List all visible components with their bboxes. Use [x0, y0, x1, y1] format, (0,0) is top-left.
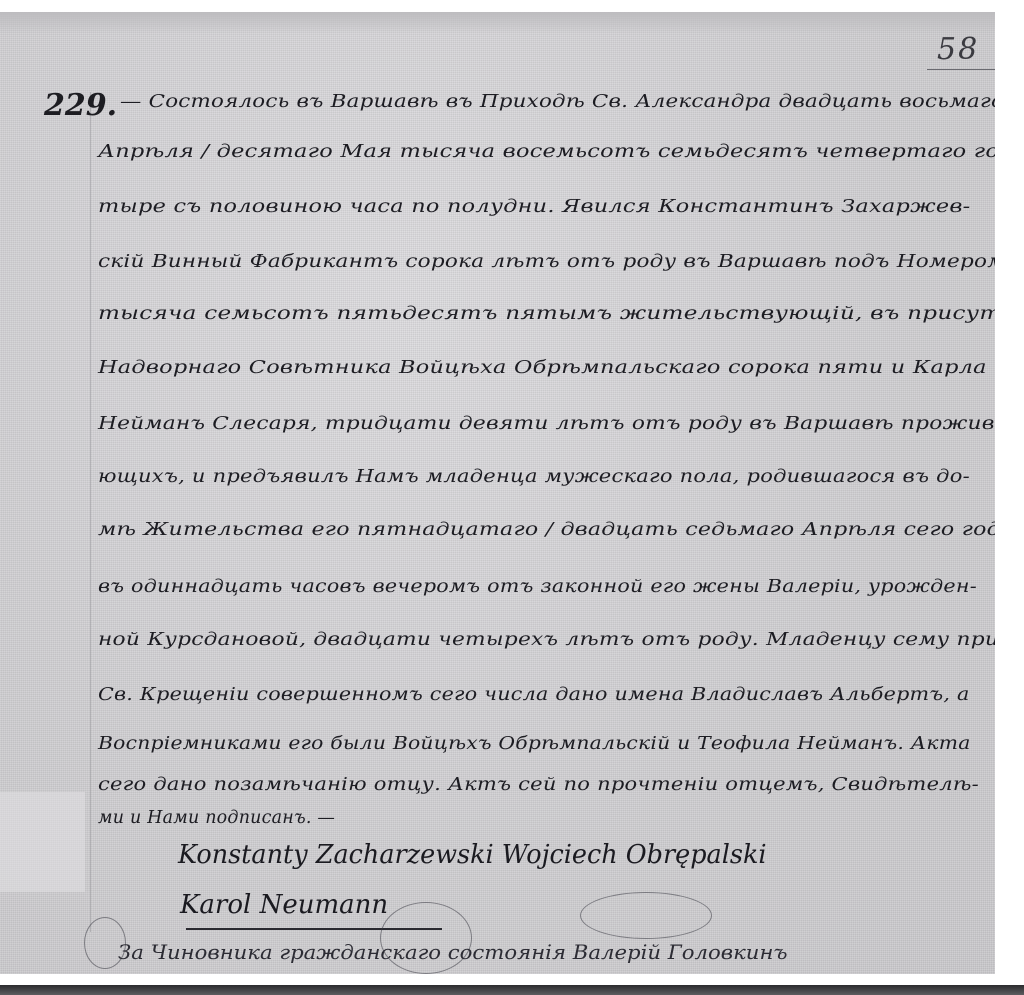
record-line-15: ми и Нами подписанъ. —: [98, 808, 335, 828]
signature-karol-neumann: Karol Neumann: [180, 890, 388, 920]
record-line-5: тысяча семьсотъ пятьдесятъ пятымъ житель…: [98, 304, 995, 324]
record-line-7: Нейманъ Слесаря, тридцати девяти лѣтъ от…: [98, 414, 995, 434]
signature-official: За Чиновника гражданскаго состоянія Вале…: [118, 940, 788, 964]
scan-bottom-edge: [0, 985, 1024, 995]
record-line-9: мѣ Жительства его пятнадцатаго / двадцат…: [98, 520, 995, 540]
record-line-1: — Состоялось въ Варшавѣ въ Приходѣ Св. А…: [120, 92, 995, 112]
record-line-8: ющихъ, и предъявилъ Намъ младенца мужеск…: [98, 467, 970, 487]
record-line-10: въ одиннадцать часовъ вечеромъ отъ закон…: [98, 577, 977, 597]
record-line-14: сего дано позамѣчанію отцу. Актъ сей по …: [98, 775, 979, 795]
signature-flourish: [580, 892, 712, 939]
page-number-underline: [927, 69, 995, 70]
record-line-11: ной Курсдановой, двадцати четырехъ лѣтъ …: [98, 630, 995, 650]
record-line-2: Апрѣля / десятаго Мая тысяча восемьсотъ …: [98, 142, 995, 162]
signature-witnesses: Konstanty Zacharzewski Wojciech Obrępals…: [178, 840, 767, 870]
record-line-12: Св. Крещеніи совершенномъ сего числа дан…: [98, 685, 970, 705]
entry-number: 229.: [44, 88, 117, 123]
scanned-document-page: 58 229. — Состоялось въ Варшавѣ въ Прихо…: [0, 12, 995, 974]
record-line-6: Надворнаго Совѣтника Войцѣха Обрѣмпальск…: [98, 358, 987, 378]
scan-top-edge: [0, 12, 995, 34]
record-line-3: тыре съ половиною часа по полудни. Явилс…: [98, 197, 970, 217]
paper-discoloration: [0, 792, 85, 892]
left-margin-rule: [90, 92, 91, 932]
page-number: 58: [937, 32, 979, 67]
record-line-4: скій Винный Фабрикантъ сорока лѣтъ отъ р…: [98, 252, 995, 272]
record-line-13: Воспріемниками его были Войцѣхъ Обрѣмпал…: [98, 734, 971, 754]
